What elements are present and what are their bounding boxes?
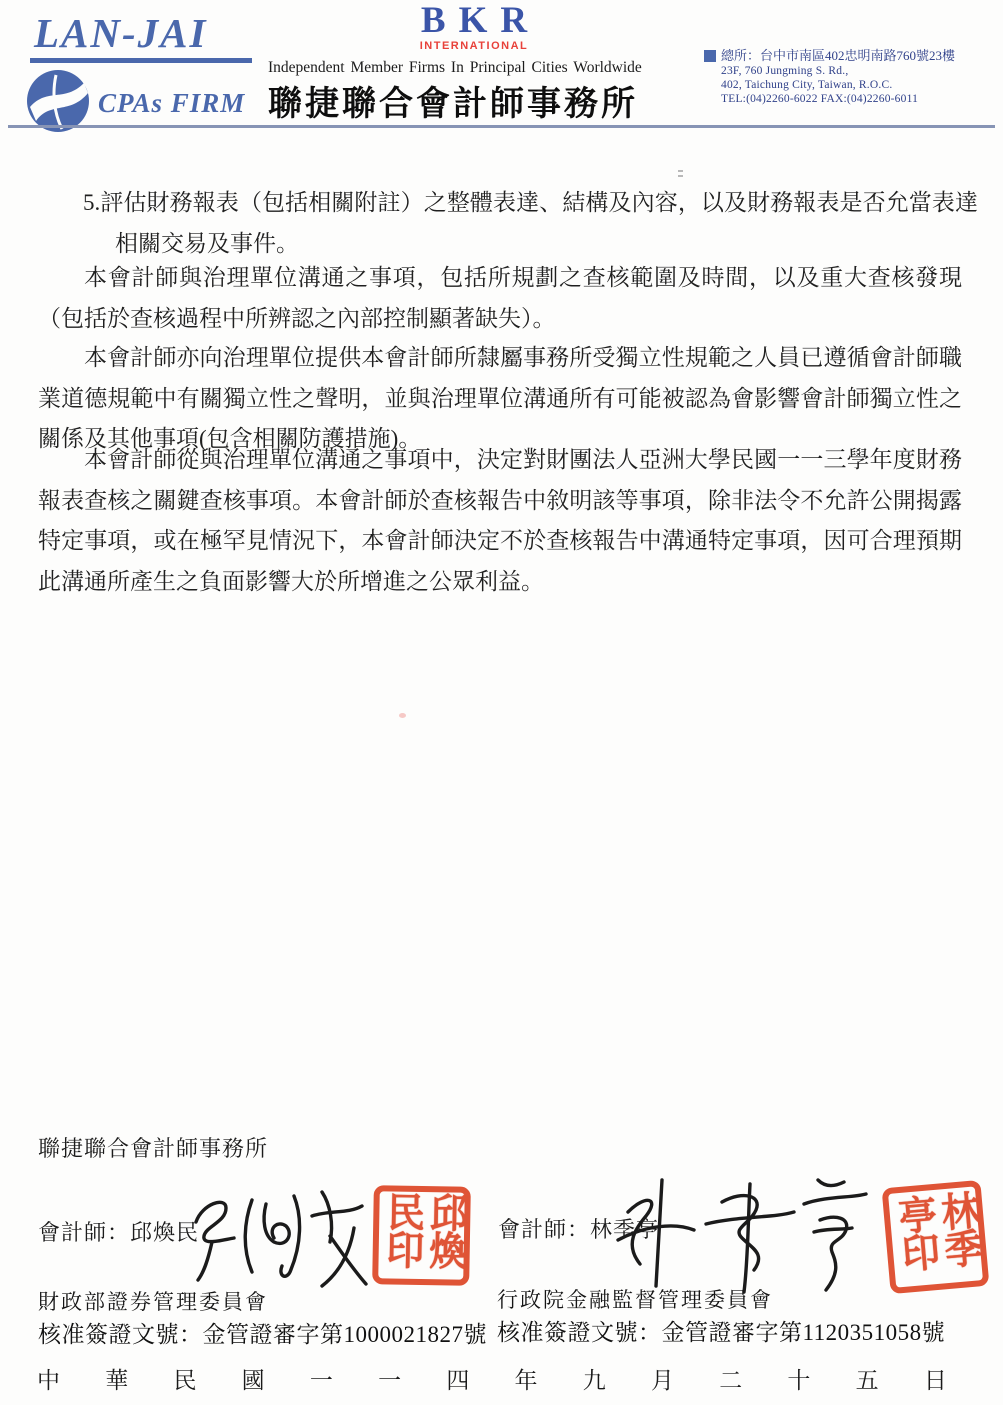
date-char: 國 — [242, 1362, 265, 1395]
header-divider-line — [8, 125, 995, 128]
red-seal-right-text: 林季亭印 — [889, 1189, 982, 1285]
signature-firm-name: 聯捷聯合會計師事務所 — [38, 1132, 268, 1163]
roc-date-line: 中 華 民 國 一 一 四 年 九 月 二 十 五 日 — [37, 1362, 947, 1395]
date-char: 五 — [856, 1362, 879, 1395]
bkr-wordmark: BKR — [404, 2, 544, 40]
paragraph-key-audit-matters: 本會計師從與治理單位溝通之事項中，決定對財團法人亞洲大學民國一一三學年度財務報表… — [38, 440, 962, 602]
scanned-audit-report-page: LAN-JAI CPAs FIRM BKR INTERNATIONAL Inde… — [0, 0, 1003, 1405]
address-line-street: 23F, 760 Jungming S. Rd., — [704, 64, 984, 78]
license-number-left: 核准簽證文號：金管證審字第1000021827號 — [38, 1316, 487, 1349]
date-char: 日 — [924, 1362, 947, 1395]
bkr-logo: BKR INTERNATIONAL — [404, 2, 544, 52]
date-char: 二 — [719, 1362, 742, 1395]
red-seal-right: 林季亭印 — [882, 1180, 990, 1294]
address-line-city: 402, Taichung City, Taiwan, R.O.C. — [704, 78, 984, 92]
date-char: 中 — [37, 1362, 60, 1395]
authority-right: 行政院金融監督管理委員會 — [497, 1284, 773, 1314]
paragraph-item-5: 5.評估財務報表（包括相關附註）之整體表達、結構及內容，以及財務報表是否允當表達… — [38, 183, 978, 264]
license-number-right: 核准簽證文號：金管證審字第1120351058號 — [497, 1314, 945, 1347]
firm-name-chinese: 聯捷聯合會計師事務所 — [268, 76, 648, 125]
lanjai-logo-wordmark: LAN-JAI — [26, 10, 266, 56]
scan-artifact-dot — [399, 713, 406, 718]
scan-artifact-specks — [678, 170, 684, 180]
address-bullet-icon — [704, 50, 716, 62]
date-char: 月 — [651, 1362, 674, 1395]
lanjai-underline — [30, 58, 252, 63]
cpa-label-left: 會計師：邱煥民 — [38, 1216, 199, 1247]
handwritten-signature-right — [598, 1166, 878, 1303]
lanjai-logo: LAN-JAI CPAs FIRM — [26, 10, 266, 138]
red-seal-left-text: 邱煥民印 — [378, 1190, 465, 1280]
bkr-tagline: Independent Member Firms In Principal Ci… — [268, 59, 648, 77]
date-char: 年 — [515, 1362, 538, 1395]
date-char: 一 — [378, 1362, 401, 1395]
authority-left: 財政部證券管理委員會 — [38, 1286, 268, 1316]
item-5-text: 評估財務報表（包括相關附註）之整體表達、結構及內容，以及財務報表是否允當表達相關… — [100, 190, 978, 256]
lanjai-logo-subtitle: CPAs FIRM — [98, 88, 245, 119]
item-5-marker: 5. — [83, 190, 100, 215]
date-char: 九 — [583, 1362, 606, 1395]
date-char: 四 — [446, 1362, 469, 1395]
paragraph-communication: 本會計師與治理單位溝通之事項，包括所規劃之查核範圍及時間，以及重大查核發現（包括… — [38, 258, 962, 339]
red-seal-left: 邱煥民印 — [372, 1185, 471, 1286]
date-char: 華 — [105, 1362, 128, 1395]
date-char: 一 — [310, 1362, 333, 1395]
address-line-chinese: 總所：台中市南區402忠明南路760號23樓 — [721, 48, 955, 64]
date-char: 民 — [173, 1362, 196, 1395]
handwritten-signature-left — [182, 1180, 377, 1293]
date-char: 十 — [787, 1362, 810, 1395]
bkr-international-label: INTERNATIONAL — [404, 40, 544, 52]
address-line-tel-fax: TEL:(04)2260-6022 FAX:(04)2260-6011 — [704, 92, 984, 106]
head-office-address-block: 總所：台中市南區402忠明南路760號23樓 23F, 760 Jungming… — [704, 48, 984, 106]
